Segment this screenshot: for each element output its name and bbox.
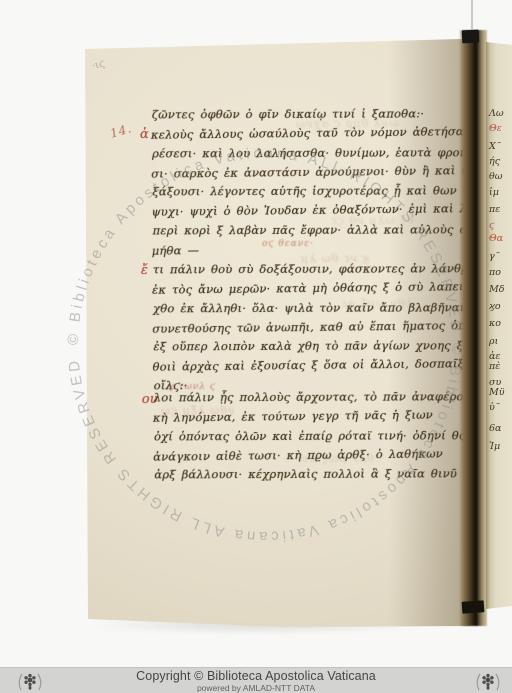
facing-page-text-fragment: ϛ <box>489 220 494 231</box>
facing-page-text-fragment: Θα <box>489 233 503 244</box>
footer-powered-by-text: powered by AMLAD-NTT DATA <box>136 684 376 693</box>
binding-gutter <box>459 30 487 626</box>
manuscript-line: χθο ἐκ ἄλληθι· ὅλα· ψιλὰ τὸν καῖν ἄπο βλ… <box>153 298 510 319</box>
binding-tab-bottom <box>462 600 485 614</box>
binding-tab-top <box>462 30 480 44</box>
facing-page-text-fragment: κο <box>489 318 501 329</box>
manuscript-line: ἐκ τὸς ἄνω μερῶν· κατὰ μὴ ὀθάσης ξ ὁ σὺ … <box>152 277 509 300</box>
manuscript-line: θοιὶ ἀρχὰς καὶ ἐξουσίας ξ ὅσα οἱ ἄλλοι, … <box>152 354 509 377</box>
bookmark-thread <box>471 0 473 32</box>
facing-page-text-fragment: Μδ <box>489 284 504 295</box>
manuscript-line: μήθα — <box>152 238 489 261</box>
digitized-manuscript-photo: ·ιϛ 14. ἀζῶντες ὀφθῶν ὁ φῖν δικαίῳ τινί … <box>0 0 512 660</box>
manuscript-line: ψυχι· ψυχὶ ὁ θὸν Ἰουδαν ἐκ ὀθαξόντων· ἐμ… <box>151 199 488 222</box>
manuscript-line: κὴ ληνόμενα, ἐκ τούτων γεγρ τῆ νᾶς ἡ ξιω… <box>153 405 487 428</box>
manuscript-line: ρέσεσι· καὶ λου λαλήσασθα· θυνίμων, ἑαυτ… <box>152 143 489 163</box>
vatican-library-logo-icon <box>17 671 43 693</box>
facing-page-text-fragment: Θε <box>489 123 502 134</box>
facing-page-text-fragment: ής <box>489 156 500 167</box>
facing-page-text-fragment: Μϋ <box>489 387 505 398</box>
facing-page-sliver: ΛωΘεΧ῀ήςθωἱμπεϛΘαγ῀ποΜδϗοκοριἀεπὲσυΜϋὑ῀6… <box>486 0 512 660</box>
facing-page-text-fragment: ϗο <box>489 301 501 312</box>
manuscript-line: ὀχί ὁπόντας ὀλῶν καὶ ἐπαίϱ ρόταϊ τινή· ὁ… <box>154 426 488 446</box>
facing-page-text-fragment: πο <box>489 267 501 278</box>
facing-page-text-fragment: Λω <box>489 108 504 119</box>
footer-copyright-text: Copyright © Biblioteca Apostolica Vatica… <box>136 670 376 683</box>
facing-page-text-fragment: Χ῀ <box>489 141 501 152</box>
manuscript-paragraph: ἔτι πάλιν θοὺ σὺ δοξάξουσιν, φάσκοντες ἀ… <box>152 259 510 397</box>
vatican-library-logo-icon <box>475 671 501 693</box>
facing-page-text-fragment: γ῀ <box>489 251 499 262</box>
manuscript-line: ἀρξ βάλλουσι· κέχρηνλαὶς πολλοὶ ἃ ξ ναῖα… <box>154 464 488 484</box>
facing-page-text-fragment: θω <box>489 171 502 182</box>
manuscript-line: κελοὺς ἄλλους ὡσαύλοὺς ταῦ τὸν νόμον ἀθε… <box>151 122 488 145</box>
manuscript-paragraph: ἀζῶντες ὀφθῶν ὁ φῖν δικαίῳ τινί ἱ ξαποθα… <box>151 104 489 261</box>
manuscript-paragraph: ουλοι πάλιν ᾗς πολλοὺς ἄρχοντας, τὸ πᾶν … <box>153 387 487 486</box>
facing-page-text-fragment: πὲ <box>489 361 500 372</box>
manuscript-line: περὶ κορὶ ξ λαβὰν πᾶς ἔφραν· ἀλλὰ καὶ αὐ… <box>153 220 490 240</box>
rubricated-initial: ἔ <box>141 263 148 278</box>
facing-page-text-fragment: πε <box>489 204 500 215</box>
viewer-footer-bar: Copyright © Biblioteca Apostolica Vatica… <box>0 667 512 693</box>
rubricated-initial: ἀ <box>140 127 149 142</box>
facing-page-text-fragment: 6α <box>489 423 501 434</box>
facing-page-text-fragment: ὑ῀ <box>489 402 500 413</box>
facing-page-text-fragment: ρι <box>489 336 498 347</box>
facing-page-text-fragment: ἱμ <box>489 187 499 198</box>
facing-page-text-fragment: Ἰμ <box>489 441 500 452</box>
